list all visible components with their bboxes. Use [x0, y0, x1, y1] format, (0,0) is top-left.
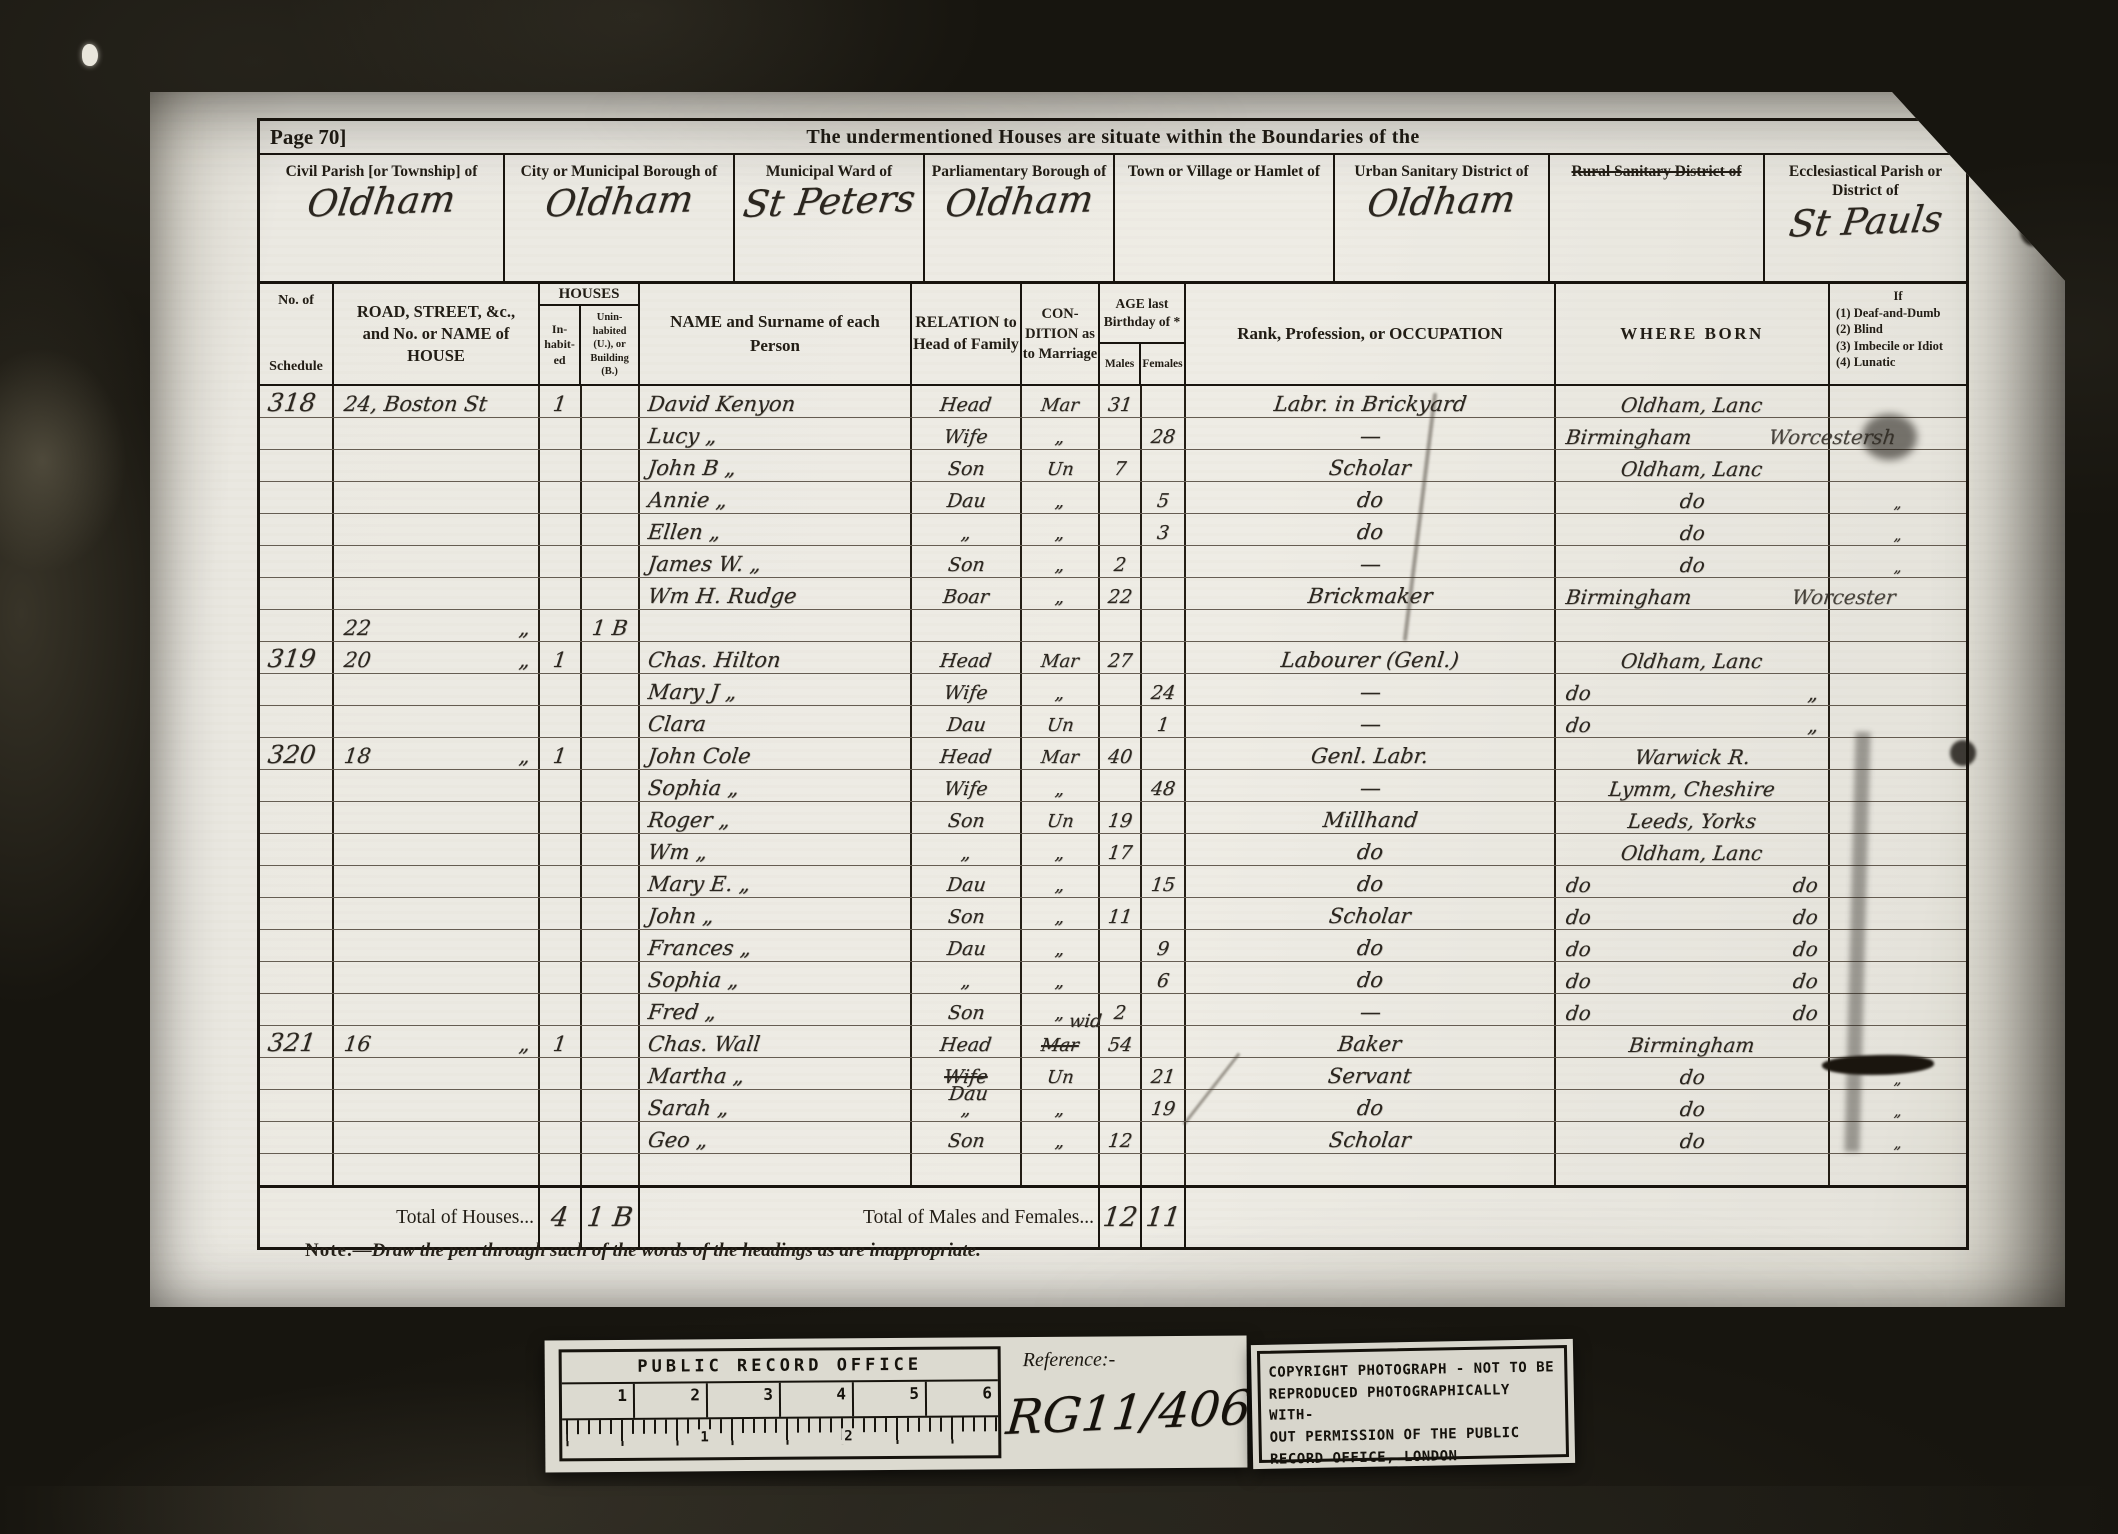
name-cell: Ellen „ [640, 514, 912, 545]
uninhabited-cell [582, 1090, 640, 1121]
handwritten-entry: 24, Boston St [343, 394, 489, 415]
condition-cell: „ [1022, 770, 1100, 801]
schedule-cell [260, 1122, 334, 1153]
name-cell: Wm „ [640, 834, 912, 865]
inhabited-cell: 1 [540, 738, 582, 769]
occupation-cell: do [1186, 930, 1556, 961]
name-cell: Roger „ [640, 802, 912, 833]
condition-cell: Mar [1022, 738, 1100, 769]
schedule-cell: 319 [260, 642, 334, 673]
handwritten-entry: 27 [1107, 652, 1134, 671]
age-male-cell: 54 [1100, 1026, 1142, 1057]
uninhabited-cell [582, 898, 640, 929]
handwritten-entry: „ [960, 844, 972, 863]
relation-cell: Dau [912, 482, 1022, 513]
handwritten-entry: Brickmaker [1307, 586, 1434, 607]
where-born-cell: Leeds, Yorks [1556, 802, 1830, 833]
road-cell [334, 770, 540, 801]
census-row: Frances „Dau„9dododo [260, 930, 1966, 962]
age-male-cell [1100, 610, 1142, 641]
condition-cell: Un [1022, 450, 1100, 481]
where-born-cell [1556, 1154, 1830, 1185]
where-born-cell: dodo [1556, 898, 1830, 929]
name-cell: John B „ [640, 450, 912, 481]
census-row: 31824, Boston St1David KenyonHeadMar31La… [260, 386, 1966, 418]
relation-cell: Dau [912, 706, 1022, 737]
infirmities-cell: „ [1830, 514, 1966, 545]
road-cell [334, 994, 540, 1025]
district-value-handwritten: Oldham [305, 181, 458, 223]
district-value-handwritten: St Pauls [1786, 200, 1944, 242]
infirmities-cell [1830, 738, 1966, 769]
occupation-cell: Baker [1186, 1026, 1556, 1057]
handwritten-entry: do [1565, 1003, 1592, 1023]
handwritten-entry: Dau [945, 940, 986, 959]
column-header-uninhabited: Unin-habited (U.), or Building (B.) [581, 306, 638, 384]
relation-cell: „ [912, 834, 1022, 865]
occupation-cell: do [1186, 834, 1556, 865]
age-male-cell [1100, 770, 1142, 801]
road-cell [334, 802, 540, 833]
handwritten-entry: „ [1054, 429, 1066, 447]
handwritten-entry: Millhand [1321, 810, 1418, 831]
road-cell [334, 578, 540, 609]
schedule-cell [260, 450, 334, 481]
handwritten-entry: 2 [1113, 556, 1127, 575]
name-cell: Mary E. „ [640, 866, 912, 897]
uninhabited-cell [582, 1058, 640, 1089]
uninhabited-cell [582, 930, 640, 961]
district-header-row: Civil Parish [or Township] of Oldham Cit… [260, 155, 1966, 284]
occupation-cell: Scholar [1186, 898, 1556, 929]
uninhabited-cell [582, 994, 640, 1025]
district-value-handwritten: Oldham [943, 181, 1096, 223]
schedule-cell [260, 514, 334, 545]
age-female-cell [1142, 1154, 1186, 1185]
handwritten-entry: „ [1054, 1005, 1066, 1023]
handwritten-entry: Worcestersh [1768, 427, 1897, 447]
schedule-cell [260, 578, 334, 609]
age-female-cell [1142, 386, 1186, 417]
age-male-cell [1100, 706, 1142, 737]
condition-cell: „ [1022, 482, 1100, 513]
handwritten-entry: „ [960, 972, 972, 991]
handwritten-entry: „ [518, 618, 531, 639]
handwritten-entry: „ [1054, 493, 1066, 511]
relation-cell: Son [912, 802, 1022, 833]
road-cell: 24, Boston St [334, 386, 540, 417]
condition-cell: „ [1022, 1122, 1100, 1153]
handwritten-entry: Servant [1327, 1066, 1413, 1087]
occupation-cell [1186, 1154, 1556, 1185]
age-female-cell [1142, 994, 1186, 1025]
uninhabited-cell [582, 802, 640, 833]
uninhabited-cell [582, 834, 640, 865]
pro-title: PUBLIC RECORD OFFICE [562, 1349, 998, 1384]
inhabited-cell [540, 834, 582, 865]
inhabited-cell [540, 418, 582, 449]
handwritten-entry: do [1678, 523, 1705, 543]
road-cell [334, 546, 540, 577]
handwritten-entry: do [1678, 491, 1705, 511]
total-females: 11 [1142, 1188, 1186, 1247]
handwritten-entry: „ [1054, 589, 1066, 607]
census-row: Mary E. „Dau„15dododo [260, 866, 1966, 898]
handwritten-entry: „ [1054, 941, 1066, 959]
census-row: Sarah „„„19dodo„ [260, 1090, 1966, 1122]
uninhabited-cell [582, 482, 640, 513]
where-born-cell: do [1556, 514, 1830, 545]
where-born-cell: Oldham, Lanc [1556, 642, 1830, 673]
relation-cell: Boar [912, 578, 1022, 609]
age-male-cell [1100, 1154, 1142, 1185]
relation-cell: Son [912, 994, 1022, 1025]
handwritten-total: 1 B [586, 1204, 635, 1231]
handwritten-entry: Head [939, 396, 993, 415]
district-cell-civil-parish: Civil Parish [or Township] of Oldham [260, 155, 505, 281]
name-cell: Wm H. Rudge [640, 578, 912, 609]
inhabited-cell [540, 578, 582, 609]
uninhabited-cell [582, 642, 640, 673]
handwritten-entry: 1 [1156, 716, 1170, 735]
road-cell: 18„ [334, 738, 540, 769]
age-male-cell: 17 [1100, 834, 1142, 865]
schedule-cell: 321 [260, 1026, 334, 1057]
relation-cell: Wife [912, 674, 1022, 705]
column-header-occupation: Rank, Profession, or OCCUPATION [1186, 284, 1556, 384]
relation-cell: WifeDau [912, 1058, 1022, 1089]
occupation-cell [1186, 610, 1556, 641]
age-female-cell [1142, 578, 1186, 609]
name-cell: Mary J „ [640, 674, 912, 705]
pro-scale-number: 2 [635, 1383, 708, 1418]
where-born-cell: do„ [1556, 706, 1830, 737]
age-male-cell: 40 [1100, 738, 1142, 769]
occupation-cell: Genl. Labr. [1186, 738, 1556, 769]
inhabited-cell [540, 450, 582, 481]
handwritten-entry: do [1565, 939, 1592, 959]
handwritten-entry: 19 [1107, 812, 1134, 831]
age-male-cell [1100, 866, 1142, 897]
name-cell: Fred „ [640, 994, 912, 1025]
age-male-cell: 11 [1100, 898, 1142, 929]
handwritten-entry: — [1358, 682, 1382, 703]
district-cell-urban-sanitary: Urban Sanitary District of Oldham [1335, 155, 1550, 281]
age-female-cell: 9 [1142, 930, 1186, 961]
road-cell [334, 1154, 540, 1185]
inhabited-cell [540, 898, 582, 929]
condition-cell: Mar [1022, 386, 1100, 417]
relation-cell: Son [912, 1122, 1022, 1153]
condition-cell: „ [1022, 962, 1100, 993]
schedule-cell [260, 866, 334, 897]
road-cell [334, 450, 540, 481]
district-cell-ecclesiastical-parish: Ecclesiastical Parish or District of St … [1765, 155, 1966, 281]
age-male-cell: 12 [1100, 1122, 1142, 1153]
total-males: 12 [1100, 1188, 1142, 1247]
occupation-cell: — [1186, 674, 1556, 705]
handwritten-entry: „ [1054, 973, 1066, 991]
handwritten-entry: „ [1054, 557, 1066, 575]
where-born-cell: Oldham, Lanc [1556, 386, 1830, 417]
handwritten-entry: do [1792, 939, 1819, 959]
relation-cell [912, 1154, 1022, 1185]
occupation-cell: Labr. in Brickyard [1186, 386, 1556, 417]
column-header-inhabited: In-habit-ed [540, 306, 581, 384]
handwritten-entry: Warwick R. [1633, 747, 1750, 767]
where-born-cell: dodo [1556, 962, 1830, 993]
district-cell-municipal-ward: Municipal Ward of St Peters [735, 155, 925, 281]
handwritten-entry: Lucy „ [647, 426, 718, 447]
handwritten-entry: 6 [1156, 972, 1170, 991]
uninhabited-cell [582, 546, 640, 577]
name-cell: David Kenyon [640, 386, 912, 417]
pro-scale-number: 3 [708, 1383, 781, 1418]
handwritten-entry: do [1356, 970, 1385, 991]
handwritten-entry: 24 [1150, 684, 1177, 703]
handwritten-entry: „ [960, 524, 972, 543]
pro-scale-numbers: 123456 [562, 1381, 998, 1420]
age-male-cell: 2 [1100, 994, 1142, 1025]
road-cell [334, 706, 540, 737]
uninhabited-cell [582, 450, 640, 481]
handwritten-entry: Wife [943, 428, 989, 447]
note-label: Note. [305, 1240, 353, 1261]
schedule-cell [260, 994, 334, 1025]
census-row: Mary J „Wife„24—do„ [260, 674, 1966, 706]
district-cell-town-village: Town or Village or Hamlet of [1115, 155, 1335, 281]
inhabited-cell [540, 546, 582, 577]
age-male-cell: 22 [1100, 578, 1142, 609]
infirmities-cell [1830, 642, 1966, 673]
infirmities-cell [1830, 930, 1966, 961]
age-male-cell [1100, 1058, 1142, 1089]
census-page: Page 70] The undermentioned Houses are s… [150, 92, 2065, 1307]
relation-cell: Head [912, 1026, 1022, 1057]
handwritten-entry: wid [1068, 1013, 1103, 1031]
handwritten-entry: „ [518, 1034, 531, 1055]
uninhabited-cell [582, 674, 640, 705]
handwritten-entry: Head [939, 652, 993, 671]
handwritten-entry: Wm „ [647, 842, 709, 863]
handwritten-entry: 20 [343, 650, 372, 671]
handwritten-entry: do [1356, 842, 1385, 863]
condition-cell: „ [1022, 546, 1100, 577]
infirmities-cell: „ [1830, 482, 1966, 513]
handwritten-entry: 5 [1156, 492, 1170, 511]
census-row: Geo „Son„12Scholardo„ [260, 1122, 1966, 1154]
handwritten-entry: do [1792, 875, 1819, 895]
handwritten-entry: Dau [945, 716, 986, 735]
schedule-cell [260, 802, 334, 833]
houses-subcolumns: In-habit-ed Unin-habited (U.), or Buildi… [540, 306, 638, 384]
handwritten-entry: Geo „ [647, 1130, 709, 1151]
handwritten-entry: „ [1806, 715, 1819, 735]
where-born-cell [1556, 610, 1830, 641]
column-header-row: No. of Schedule ROAD, STREET, &c., and N… [260, 284, 1966, 386]
age-male-cell [1100, 482, 1142, 513]
handwritten-entry: Frances „ [647, 938, 753, 959]
handwritten-entry: „ [1054, 525, 1066, 543]
relation-cell: Head [912, 386, 1022, 417]
handwritten-entry: 9 [1156, 940, 1170, 959]
footer-note: Note.—Draw the pen through such of the w… [305, 1240, 981, 1262]
public-record-office-stamp: PUBLIC RECORD OFFICE 123456 1 2 Referenc… [545, 1336, 1248, 1473]
handwritten-entry: „ [1054, 1133, 1066, 1151]
column-header-schedule: No. of Schedule [260, 284, 334, 384]
where-born-cell: Oldham, Lanc [1556, 450, 1830, 481]
census-row: Martha „WifeDauUn21Servantdo„ [260, 1058, 1966, 1090]
census-row: Sophia „„„6dododo [260, 962, 1966, 994]
column-header-houses-group: HOUSES In-habit-ed Unin-habited (U.), or… [540, 284, 640, 384]
totals-empty-cell [1186, 1188, 1966, 1247]
infirmities-cell [1830, 386, 1966, 417]
infirmities-cell [1830, 994, 1966, 1025]
handwritten-entry: 7 [1113, 460, 1127, 479]
age-subcolumns: Males Females [1100, 344, 1184, 384]
name-cell: James W. „ [640, 546, 912, 577]
handwritten-entry: Son [946, 460, 985, 479]
age-female-cell: 6 [1142, 962, 1186, 993]
schedule-cell [260, 1154, 334, 1185]
infirmities-cell [1830, 450, 1966, 481]
inhabited-cell [540, 802, 582, 833]
age-female-cell: 24 [1142, 674, 1186, 705]
infirmities-cell [1830, 962, 1966, 993]
where-born-cell: do [1556, 1090, 1830, 1121]
occupation-cell: Servant [1186, 1058, 1556, 1089]
infirmities-cell [1830, 770, 1966, 801]
column-header-line: (2) Blind [1836, 321, 1883, 338]
column-header-line: If [1893, 288, 1902, 305]
name-cell: Clara [640, 706, 912, 737]
handwritten-entry: Boar [942, 588, 990, 607]
age-male-cell [1100, 1090, 1142, 1121]
age-female-cell [1142, 738, 1186, 769]
occupation-cell: Scholar [1186, 450, 1556, 481]
handwritten-total: 4 [550, 1204, 571, 1231]
district-cell-municipal-borough: City or Municipal Borough of Oldham [505, 155, 735, 281]
name-cell: Frances „ [640, 930, 912, 961]
handwritten-entry: do [1565, 683, 1592, 703]
age-female-cell [1142, 546, 1186, 577]
handwritten-entry: Un [1046, 1069, 1075, 1087]
occupation-cell: Scholar [1186, 1122, 1556, 1153]
column-header-males: Males [1100, 344, 1141, 384]
totals-row: Total of Houses... 4 1 B Total of Males … [260, 1185, 1966, 1247]
infirmities-cell [1830, 866, 1966, 897]
age-female-cell: 48 [1142, 770, 1186, 801]
where-born-cell: Warwick R. [1556, 738, 1830, 769]
where-born-cell: Birmingham [1556, 1026, 1830, 1057]
road-cell: 22„ [334, 610, 540, 641]
total-houses-uninhabited: 1 B [582, 1188, 640, 1247]
handwritten-entry: James W. „ [647, 554, 762, 575]
occupation-cell: Millhand [1186, 802, 1556, 833]
age-male-cell: 31 [1100, 386, 1142, 417]
handwritten-entry: 11 [1107, 908, 1134, 927]
column-header-name: NAME and Surname of each Person [640, 284, 912, 384]
road-cell [334, 866, 540, 897]
total-houses-inhabited: 4 [540, 1188, 582, 1247]
uninhabited-cell [582, 738, 640, 769]
column-header-line: (4) Lunatic [1836, 354, 1895, 371]
name-cell: John „ [640, 898, 912, 929]
condition-cell: „ [1022, 674, 1100, 705]
where-born-cell: do [1556, 1122, 1830, 1153]
handwritten-entry: „ [1806, 683, 1819, 703]
census-row [260, 1154, 1966, 1185]
handwritten-entry: Roger „ [647, 810, 732, 831]
where-born-cell: do [1556, 546, 1830, 577]
uninhabited-cell [582, 866, 640, 897]
handwritten-entry: Lymm, Cheshire [1608, 779, 1776, 799]
handwritten-entry: do [1356, 1098, 1385, 1119]
road-cell [334, 1058, 540, 1089]
relation-cell: Head [912, 642, 1022, 673]
relation-cell: Son [912, 546, 1022, 577]
age-female-cell: 28 [1142, 418, 1186, 449]
name-cell [640, 1154, 912, 1185]
handwritten-entry: do [1678, 1099, 1705, 1119]
handwritten-entry: „ [518, 650, 531, 671]
inhabited-cell [540, 1090, 582, 1121]
name-cell: Chas. Hilton [640, 642, 912, 673]
census-row: Annie „Dau„5dodo„ [260, 482, 1966, 514]
handwritten-entry: 1 [552, 1034, 568, 1055]
schedule-cell: 318 [260, 386, 334, 417]
relation-cell: Dau [912, 930, 1022, 961]
handwritten-entry: Son [946, 908, 985, 927]
census-row: 32018„1John ColeHeadMar40Genl. Labr.Warw… [260, 738, 1966, 770]
handwritten-entry: do [1565, 875, 1592, 895]
where-born-cell: do [1556, 482, 1830, 513]
inhabited-cell [540, 962, 582, 993]
district-label-struck: Rural Sanitary District of [1565, 162, 1747, 181]
age-male-cell: 7 [1100, 450, 1142, 481]
handwritten-entry: Sophia „ [647, 970, 740, 991]
note-text: —Draw the pen through such of the words … [353, 1240, 981, 1261]
inhabited-cell [540, 674, 582, 705]
inhabited-cell [540, 1058, 582, 1089]
census-rows: 31824, Boston St1David KenyonHeadMar31La… [260, 386, 1966, 1185]
handwritten-entry: 19 [1150, 1100, 1177, 1119]
age-female-cell [1142, 834, 1186, 865]
infirmities-cell: „ [1830, 1122, 1966, 1153]
inhabited-cell [540, 514, 582, 545]
handwritten-entry: 40 [1107, 748, 1134, 767]
handwritten-entry: Leeds, Yorks [1627, 811, 1758, 831]
handwritten-entry: Wife [943, 780, 989, 799]
condition-cell: „ [1022, 834, 1100, 865]
census-row: Wm „„„17doOldham, Lanc [260, 834, 1966, 866]
handwritten-entry: Wm H. Rudge [647, 586, 798, 607]
handwritten-entry: — [1358, 1002, 1382, 1023]
infirmities-cell [1830, 802, 1966, 833]
age-female-cell [1142, 642, 1186, 673]
where-born-cell: dodo [1556, 866, 1830, 897]
condition-cell: „ [1022, 866, 1100, 897]
handwritten-entry: 1 [552, 650, 568, 671]
column-header-line: (1) Deaf-and-Dumb [1836, 305, 1941, 322]
handwritten-entry: Oldham, Lanc [1620, 651, 1764, 671]
inhabited-cell [540, 994, 582, 1025]
film-spot [82, 44, 98, 66]
occupation-cell: — [1186, 418, 1556, 449]
handwritten-entry: Genl. Labr. [1310, 746, 1430, 767]
uninhabited-cell [582, 1154, 640, 1185]
occupation-cell: do [1186, 1090, 1556, 1121]
